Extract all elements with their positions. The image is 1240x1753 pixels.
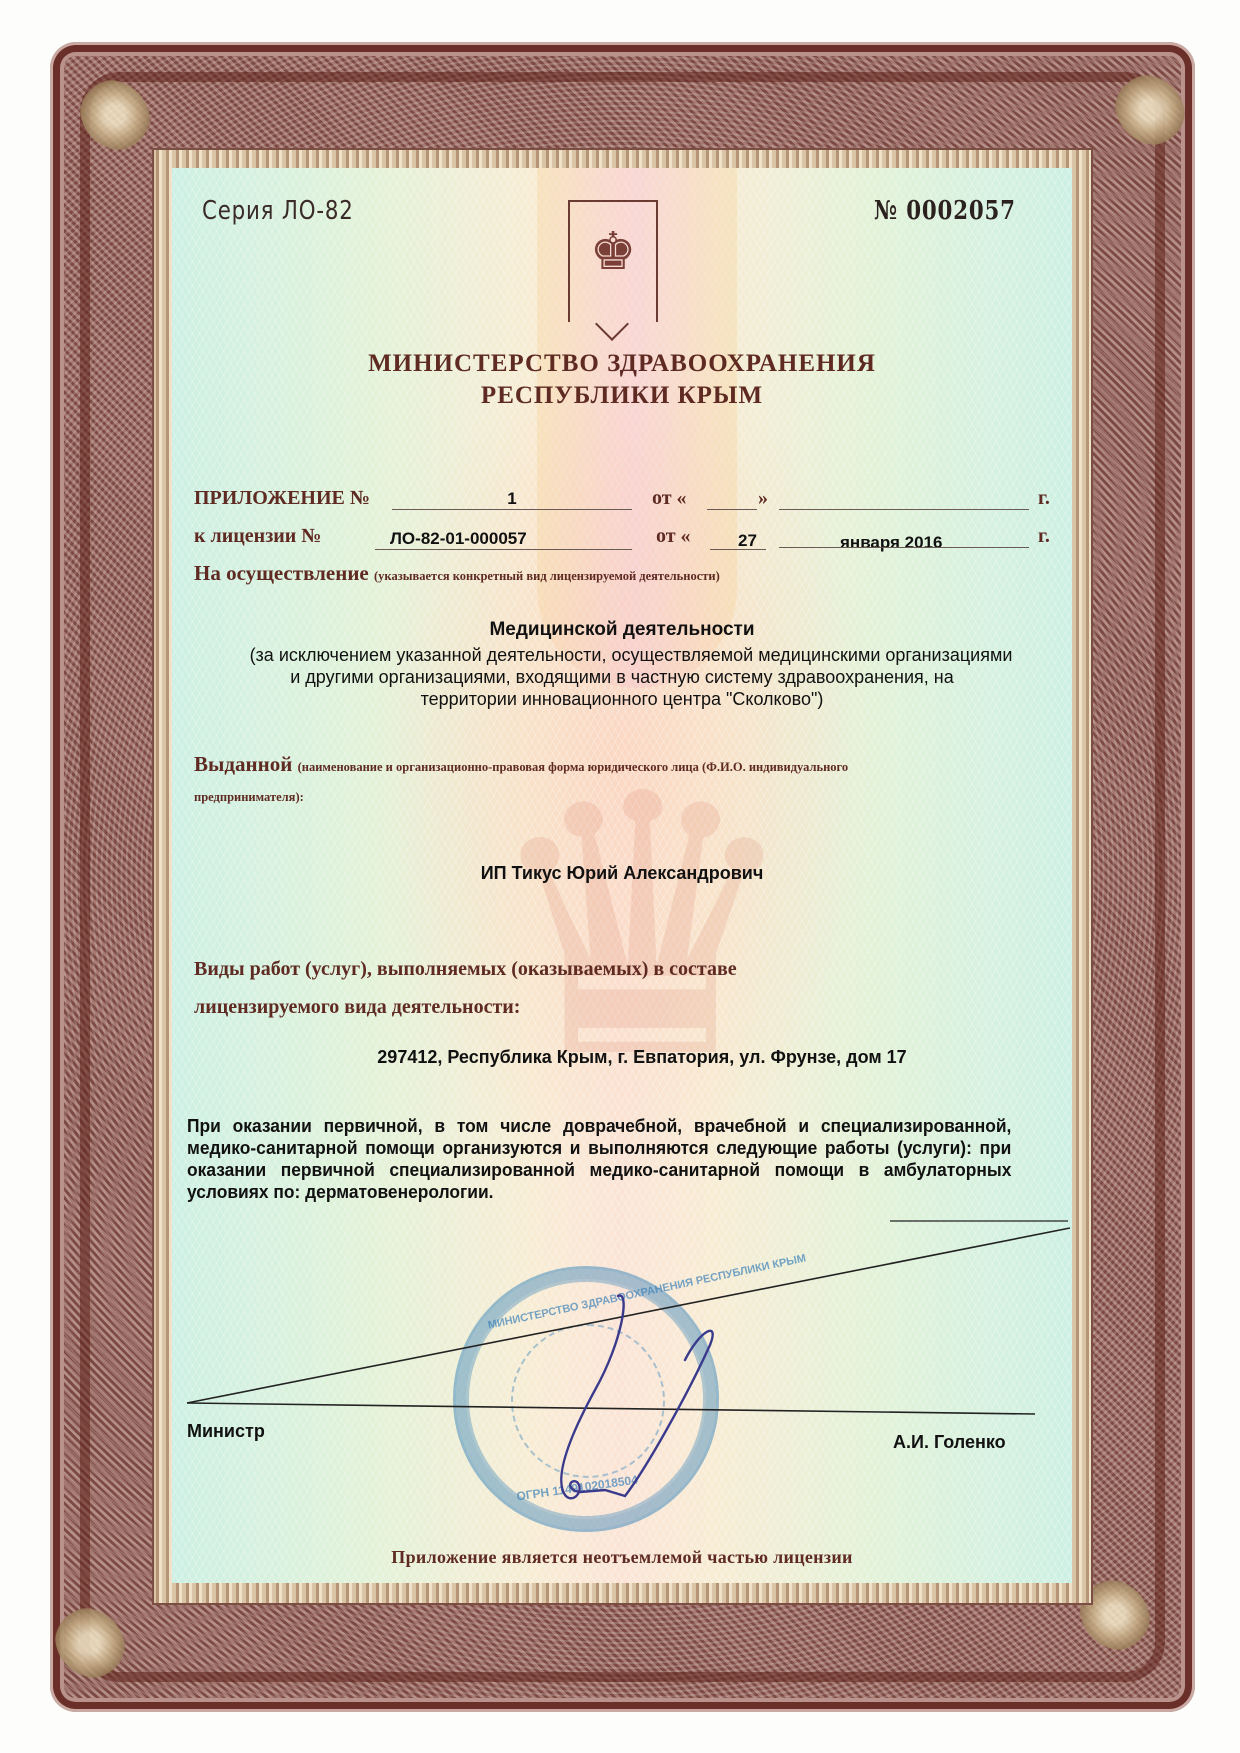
strike-line-diagonal bbox=[187, 1228, 1070, 1403]
cancel-lines-and-signature bbox=[0, 0, 1240, 1753]
footer-note: Приложение является неотъемлемой частью … bbox=[172, 1547, 1072, 1568]
signature-icon bbox=[561, 1296, 712, 1499]
signatory-position: Министр bbox=[187, 1421, 265, 1442]
signatory-name: А.И. Голенко bbox=[893, 1432, 1006, 1453]
strike-line-bottom bbox=[187, 1403, 1035, 1414]
